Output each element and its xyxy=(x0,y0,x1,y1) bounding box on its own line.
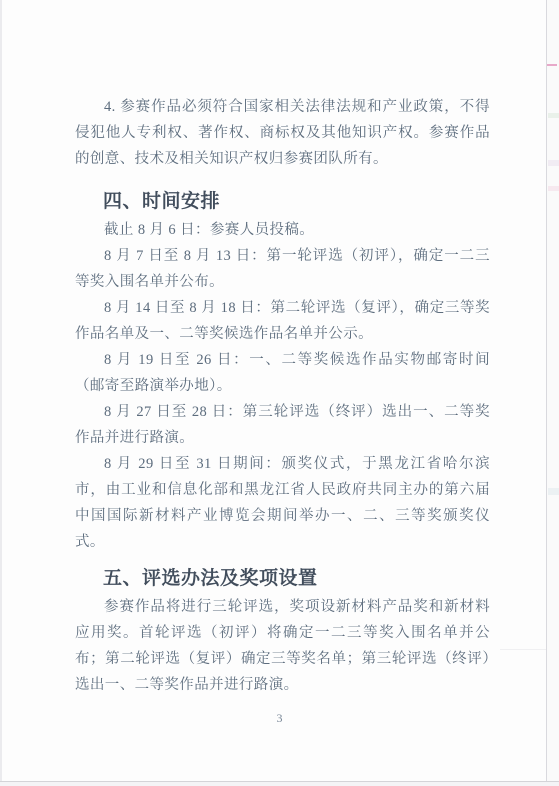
page-right-edge xyxy=(546,0,547,781)
paragraph-round-2: 8 月 14 日至 8 月 18 日：第二轮评选（复评），确定三等奖作品名单及一… xyxy=(75,295,490,347)
paragraph-round-1: 8 月 7 日至 8 月 13 日：第一轮评选（初评），确定一二三等奖入围名单并… xyxy=(75,243,490,295)
paragraph-rule-4: 4. 参赛作品必须符合国家相关法律法规和产业政策，不得侵犯他人专利权、著作权、商… xyxy=(75,94,490,172)
paragraph-mailing: 8 月 19 日至 26 日：一、二等奖候选作品实物邮寄时间（邮寄至路演举办地）… xyxy=(75,347,490,399)
document-content: 4. 参赛作品必须符合国家相关法律法规和产业政策，不得侵犯他人专利权、著作权、商… xyxy=(75,94,490,698)
scan-artifact xyxy=(548,488,559,495)
scan-artifact xyxy=(500,649,546,650)
page-bottom-margin-strip xyxy=(0,782,559,786)
section-heading-evaluation: 五、评选办法及奖项设置 xyxy=(75,564,490,594)
scanned-page: 4. 参赛作品必须符合国家相关法律法规和产业政策，不得侵犯他人专利权、著作权、商… xyxy=(0,0,559,786)
paragraph-round-3: 8 月 27 日至 28 日：第三轮评选（终评）选出一、二等奖作品并进行路演。 xyxy=(75,399,490,451)
scan-artifact-pink-mark xyxy=(547,64,557,66)
paragraph-evaluation-method: 参赛作品将进行三轮评选，奖项设新材料产品奖和新材料应用奖。首轮评选（初评）将确定… xyxy=(75,594,490,698)
scan-artifact xyxy=(548,186,559,191)
scan-artifact xyxy=(548,113,559,118)
page-number: 3 xyxy=(0,711,559,725)
paragraph-award-ceremony: 8 月 29 日至 31 日期间：颁奖仪式，于黑龙江省哈尔滨市，由工业和信息化部… xyxy=(75,451,490,555)
paragraph-deadline: 截止 8 月 6 日：参赛人员投稿。 xyxy=(75,217,490,243)
scan-artifact xyxy=(548,160,559,166)
section-heading-schedule: 四、时间安排 xyxy=(75,187,490,217)
page-left-edge xyxy=(0,0,2,786)
